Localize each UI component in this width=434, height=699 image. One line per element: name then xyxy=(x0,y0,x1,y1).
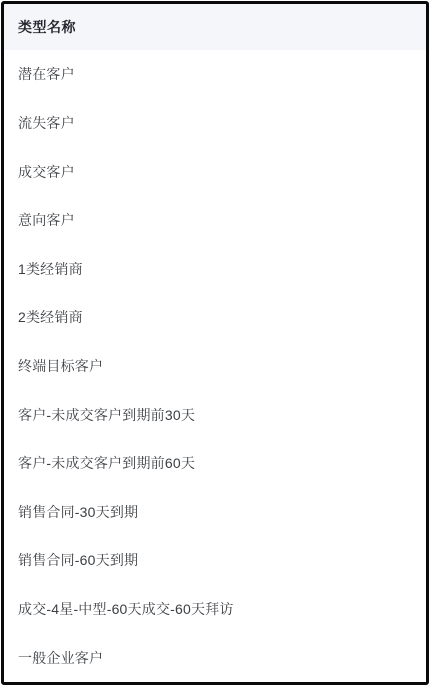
table-header-row: 类型名称 xyxy=(4,4,426,50)
table-row[interactable]: 销售合同-60天到期 xyxy=(4,536,426,585)
column-header-type-name: 类型名称 xyxy=(4,17,76,37)
table-row[interactable]: 客户-未成交客户到期前60天 xyxy=(4,439,426,488)
type-name-cell: 销售合同-30天到期 xyxy=(4,502,138,522)
type-name-cell: 1类经销商 xyxy=(4,259,83,279)
type-name-cell: 流失客户 xyxy=(4,113,75,133)
table-row[interactable]: 潜在客户 xyxy=(4,50,426,99)
type-name-cell: 成交-4星-中型-60天成交-60天拜访 xyxy=(4,599,234,619)
table-row[interactable]: 成交-4星-中型-60天成交-60天拜访 xyxy=(4,585,426,634)
table-row[interactable]: 销售合同-30天到期 xyxy=(4,487,426,536)
type-name-cell: 销售合同-60天到期 xyxy=(4,550,138,570)
type-name-cell: 一般企业客户 xyxy=(4,648,103,668)
table-body: 潜在客户 流失客户 成交客户 意向客户 1类经销商 2类经销商 终端目标客户 客… xyxy=(4,50,426,682)
type-name-cell: 意向客户 xyxy=(4,210,75,230)
table-row[interactable]: 流失客户 xyxy=(4,99,426,148)
type-name-cell: 终端目标客户 xyxy=(4,356,103,376)
table-row[interactable]: 1类经销商 xyxy=(4,244,426,293)
type-name-cell: 成交客户 xyxy=(4,162,75,182)
table-row[interactable]: 2类经销商 xyxy=(4,293,426,342)
type-name-cell: 客户-未成交客户到期前30天 xyxy=(4,405,195,425)
table-row[interactable]: 客户-未成交客户到期前30天 xyxy=(4,390,426,439)
type-name-cell: 客户-未成交客户到期前60天 xyxy=(4,453,195,473)
table-row[interactable]: 意向客户 xyxy=(4,196,426,245)
type-name-cell: 潜在客户 xyxy=(4,64,75,84)
type-name-cell: 2类经销商 xyxy=(4,307,83,327)
table-row[interactable]: 终端目标客户 xyxy=(4,342,426,391)
table-row[interactable]: 一般企业客户 xyxy=(4,633,426,682)
table-row[interactable]: 成交客户 xyxy=(4,147,426,196)
type-name-table: 类型名称 潜在客户 流失客户 成交客户 意向客户 1类经销商 2类经销商 终端目… xyxy=(1,1,429,685)
